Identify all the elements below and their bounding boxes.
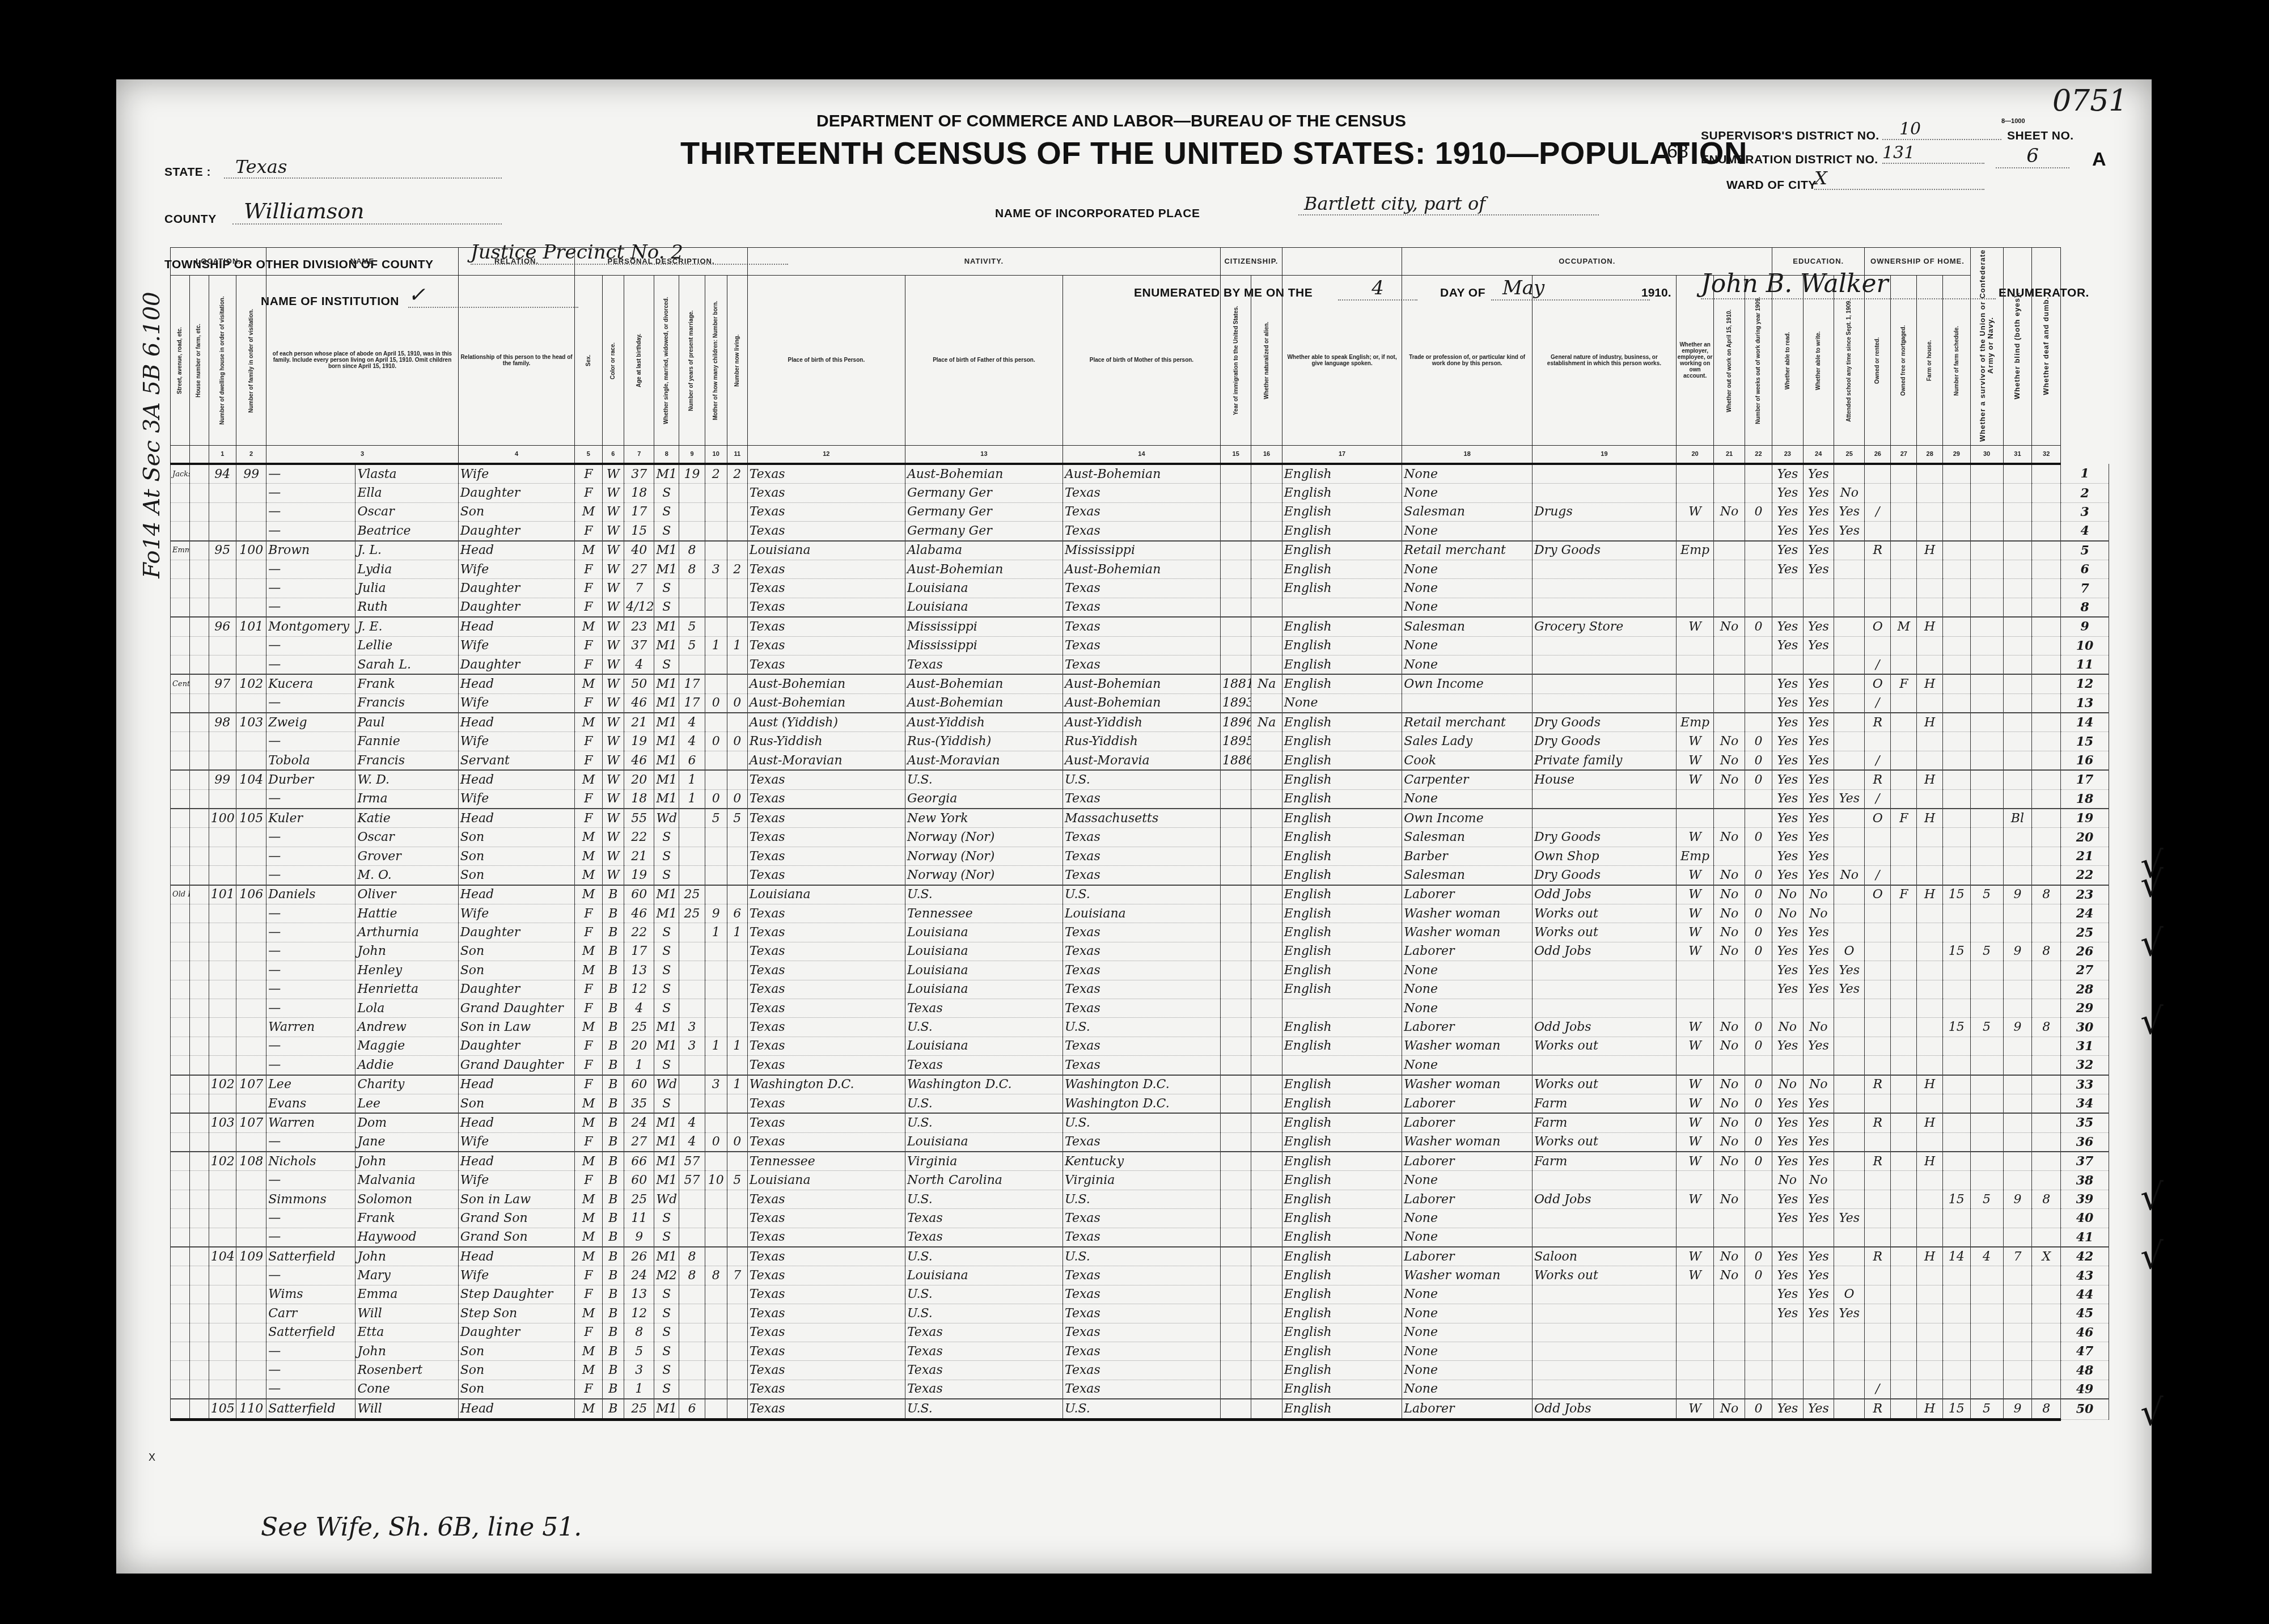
cell-dwelling xyxy=(209,1018,236,1037)
cell-race: W xyxy=(602,674,624,693)
cell-read xyxy=(1772,598,1803,617)
cell-given: Julia xyxy=(355,579,458,598)
cell-age: 9 xyxy=(624,1228,654,1247)
cell-nat xyxy=(1251,1285,1282,1304)
cell-relation: Head xyxy=(458,770,575,789)
cell-street xyxy=(171,904,190,923)
cell-dwelling xyxy=(209,1361,236,1380)
cell-farm xyxy=(1917,1380,1943,1399)
cell-weeks xyxy=(1745,464,1772,484)
cell-own: R xyxy=(1865,541,1891,560)
cell-vet xyxy=(1970,560,2003,578)
cell-pob: Texas xyxy=(747,1399,905,1419)
cell-years-married xyxy=(679,942,705,961)
cell-mother-pob: Texas xyxy=(1062,1342,1220,1360)
cell-street2 xyxy=(189,1037,209,1055)
cell-blind xyxy=(2003,961,2032,980)
cell-blind xyxy=(2003,770,2032,789)
cell-street2 xyxy=(189,1190,209,1208)
cell-street2 xyxy=(189,1094,209,1113)
cell-trade: Laborer xyxy=(1402,1094,1533,1113)
cell-surname: Evans xyxy=(266,1094,355,1113)
cell-nat xyxy=(1251,751,1282,770)
cell-english xyxy=(1282,598,1402,617)
cell-read: Yes xyxy=(1772,809,1803,828)
cell-sex: M xyxy=(575,541,602,560)
cell-surname: — xyxy=(266,598,355,617)
cell-read: Yes xyxy=(1772,541,1803,560)
line-number: 17 xyxy=(2061,770,2109,789)
cell-family xyxy=(236,732,266,751)
cell-deaf xyxy=(2032,923,2061,942)
table-row: Jackson9499—VlastaWifeFW37M11922TexasAus… xyxy=(171,464,2109,484)
cell-read: No xyxy=(1772,1171,1803,1190)
cell-street xyxy=(171,999,190,1017)
cell-write xyxy=(1803,655,1834,674)
cell-immig: 1886 xyxy=(1221,751,1251,770)
cell-farm xyxy=(1917,1132,1943,1152)
cell-family: 107 xyxy=(236,1113,266,1132)
cell-street2 xyxy=(189,655,209,674)
enumeration-district-value: 131 xyxy=(1882,143,1984,164)
line-number: 38 xyxy=(2061,1171,2109,1190)
cell-family xyxy=(236,655,266,674)
cell-school xyxy=(1834,828,1864,847)
cell-father-pob: Norway (Nor) xyxy=(905,866,1062,885)
cell-race: B xyxy=(602,904,624,923)
cell-sex: M xyxy=(575,1228,602,1247)
header-c29: Number of farm schedule. xyxy=(1943,276,1970,446)
cell-vet xyxy=(1970,1209,2003,1228)
cell-family xyxy=(236,502,266,521)
cell-oow xyxy=(1714,1304,1745,1323)
cell-write xyxy=(1803,1056,1834,1075)
table-row: CarrWillStep SonMB12STexasU.S.TexasEngli… xyxy=(171,1304,2109,1323)
cell-oow xyxy=(1714,541,1745,560)
cell-industry xyxy=(1533,961,1677,980)
cell-nat xyxy=(1251,828,1282,847)
cell-given: Lola xyxy=(355,999,458,1017)
cell-dwelling xyxy=(209,1228,236,1247)
cell-mort xyxy=(1891,1171,1917,1190)
cell-sched xyxy=(1943,1380,1970,1399)
cell-farm xyxy=(1917,1209,1943,1228)
cell-industry: Dry Goods xyxy=(1533,866,1677,885)
cell-given: Arthurnia xyxy=(355,923,458,942)
cell-trade: Carpenter xyxy=(1402,770,1533,789)
header-c19: General nature of industry, business, or… xyxy=(1533,276,1677,446)
cell-living: 1 xyxy=(727,636,747,655)
cell-own: / xyxy=(1865,789,1891,809)
cell-sex: M xyxy=(575,1094,602,1113)
cell-street2 xyxy=(189,522,209,541)
cell-read: Yes xyxy=(1772,923,1803,942)
cell-sex: M xyxy=(575,942,602,961)
cell-years-married xyxy=(679,1342,705,1360)
cell-living xyxy=(727,942,747,961)
cell-mother-pob: Washington D.C. xyxy=(1062,1075,1220,1094)
cell-write: Yes xyxy=(1803,770,1834,789)
line-number: 18 xyxy=(2061,789,2109,809)
cell-blind: 7 xyxy=(2003,1247,2032,1266)
cell-sched xyxy=(1943,560,1970,578)
cell-mother-pob: Texas xyxy=(1062,1285,1220,1304)
cell-nat xyxy=(1251,866,1282,885)
cell-family: 104 xyxy=(236,770,266,789)
cell-race: B xyxy=(602,942,624,961)
cell-immig: 1881 xyxy=(1221,674,1251,693)
cell-pob: Texas xyxy=(747,502,905,521)
cell-surname: — xyxy=(266,655,355,674)
cell-race: W xyxy=(602,751,624,770)
cell-immig xyxy=(1221,464,1251,484)
cell-nat xyxy=(1251,1018,1282,1037)
cell-weeks: 0 xyxy=(1745,770,1772,789)
cell-industry: Farm xyxy=(1533,1094,1677,1113)
cell-born: 0 xyxy=(705,789,727,809)
cell-sched xyxy=(1943,866,1970,885)
cell-mother-pob: Texas xyxy=(1062,579,1220,598)
cell-mort xyxy=(1891,789,1917,809)
cell-write: Yes xyxy=(1803,847,1834,865)
cell-relation: Head xyxy=(458,1152,575,1171)
cell-trade: None xyxy=(1402,1228,1533,1247)
cell-street xyxy=(171,1323,190,1342)
cell-own: / xyxy=(1865,502,1891,521)
cell-living xyxy=(727,1304,747,1323)
cell-vet xyxy=(1970,579,2003,598)
cell-farm xyxy=(1917,693,1943,713)
cell-born xyxy=(705,1056,727,1075)
cell-read: Yes xyxy=(1772,751,1803,770)
cell-race: W xyxy=(602,560,624,578)
cell-write: Yes xyxy=(1803,1247,1834,1266)
cell-marital: M1 xyxy=(654,885,679,904)
cell-deaf xyxy=(2032,1132,2061,1152)
cell-weeks xyxy=(1745,999,1772,1017)
cell-emp xyxy=(1676,636,1713,655)
cell-sex: F xyxy=(575,579,602,598)
cell-read xyxy=(1772,579,1803,598)
cell-marital: S xyxy=(654,942,679,961)
cell-years-married xyxy=(679,1304,705,1323)
cell-pob: Texas xyxy=(747,847,905,865)
cell-oow xyxy=(1714,961,1745,980)
cell-oow xyxy=(1714,484,1745,502)
cell-mort: F xyxy=(1891,885,1917,904)
cell-sched xyxy=(1943,1094,1970,1113)
line50-marker: X xyxy=(149,1452,155,1464)
cell-trade: None xyxy=(1402,789,1533,809)
cell-born: 1 xyxy=(705,1037,727,1055)
cell-deaf xyxy=(2032,1285,2061,1304)
cell-weeks xyxy=(1745,598,1772,617)
cell-street xyxy=(171,1075,190,1094)
cell-deaf: 8 xyxy=(2032,1190,2061,1208)
cell-born xyxy=(705,751,727,770)
cell-father-pob: Texas xyxy=(905,999,1062,1017)
cell-years-married: 57 xyxy=(679,1171,705,1190)
cell-pob: Aust-Bohemian xyxy=(747,693,905,713)
cell-pob: Texas xyxy=(747,904,905,923)
cell-trade: Salesman xyxy=(1402,828,1533,847)
cell-industry: Dry Goods xyxy=(1533,828,1677,847)
cell-school xyxy=(1834,1132,1864,1152)
cell-dwelling xyxy=(209,1094,236,1113)
cell-vet xyxy=(1970,770,2003,789)
cell-family: 109 xyxy=(236,1247,266,1266)
cell-mother-pob: Texas xyxy=(1062,655,1220,674)
cell-street2 xyxy=(189,1380,209,1399)
cell-write: Yes xyxy=(1803,751,1834,770)
cell-farm xyxy=(1917,999,1943,1017)
cell-relation: Son in Law xyxy=(458,1190,575,1208)
cell-pob: Texas xyxy=(747,1228,905,1247)
cell-blind xyxy=(2003,751,2032,770)
cell-marital: S xyxy=(654,1342,679,1360)
cell-marital: Wd xyxy=(654,809,679,828)
cell-immig xyxy=(1221,1266,1251,1285)
cell-industry xyxy=(1533,522,1677,541)
header-c12: Place of birth of this Person. xyxy=(747,276,905,446)
table-row: —FrankGrand SonMB11STexasTexasTexasEngli… xyxy=(171,1209,2109,1228)
cell-emp: W xyxy=(1676,770,1713,789)
cell-sex: F xyxy=(575,522,602,541)
cell-industry xyxy=(1533,1380,1677,1399)
cell-immig xyxy=(1221,636,1251,655)
cell-emp: W xyxy=(1676,1399,1713,1419)
cell-read: Yes xyxy=(1772,636,1803,655)
cell-pob: Washington D.C. xyxy=(747,1075,905,1094)
cell-mort xyxy=(1891,1094,1917,1113)
cell-years-married: 19 xyxy=(679,464,705,484)
cell-sex: F xyxy=(575,732,602,751)
cell-living xyxy=(727,655,747,674)
cell-dwelling xyxy=(209,560,236,578)
cell-street: Emma xyxy=(171,541,190,560)
cell-street2 xyxy=(189,1304,209,1323)
cell-blind xyxy=(2003,560,2032,578)
cell-born xyxy=(705,770,727,789)
cell-given: Henrietta xyxy=(355,980,458,999)
cell-write: Yes xyxy=(1803,636,1834,655)
cell-deaf xyxy=(2032,751,2061,770)
cell-own: / xyxy=(1865,655,1891,674)
cell-race: B xyxy=(602,1094,624,1113)
cell-industry xyxy=(1533,1342,1677,1360)
table-row: —MaryWifeFB24M2887TexasLouisianaTexasEng… xyxy=(171,1266,2109,1285)
group-location: LOCATION. xyxy=(171,248,266,276)
cell-given: Maggie xyxy=(355,1037,458,1055)
cell-relation: Son xyxy=(458,1094,575,1113)
cell-marital: M1 xyxy=(654,789,679,809)
cell-surname: — xyxy=(266,961,355,980)
cell-sex: F xyxy=(575,789,602,809)
cell-living xyxy=(727,1152,747,1171)
cell-father-pob: Louisiana xyxy=(905,1037,1062,1055)
cell-sex: F xyxy=(575,655,602,674)
cell-family xyxy=(236,1323,266,1342)
cell-oow: No xyxy=(1714,866,1745,885)
cell-weeks: 0 xyxy=(1745,1094,1772,1113)
cell-family xyxy=(236,1056,266,1075)
cell-mother-pob: Texas xyxy=(1062,1037,1220,1055)
cell-industry: Private family xyxy=(1533,751,1677,770)
cell-trade: Laborer xyxy=(1402,1152,1533,1171)
cell-industry xyxy=(1533,1209,1677,1228)
cell-school: Yes xyxy=(1834,1304,1864,1323)
cell-marital: S xyxy=(654,1094,679,1113)
cell-family xyxy=(236,1094,266,1113)
incorporated-place-value: Bartlett city, part of xyxy=(1298,193,1599,215)
cell-farm: H xyxy=(1917,713,1943,732)
cell-oow xyxy=(1714,713,1745,732)
cell-years-married xyxy=(679,999,705,1017)
header-c9: Number of years of present marriage. xyxy=(679,276,705,446)
cell-nat xyxy=(1251,1399,1282,1419)
cell-family xyxy=(236,522,266,541)
line-number: 1 xyxy=(2061,464,2109,484)
cell-born xyxy=(705,1113,727,1132)
cell-deaf xyxy=(2032,770,2061,789)
cell-school: Yes xyxy=(1834,502,1864,521)
cell-surname: — xyxy=(266,636,355,655)
cell-own: R xyxy=(1865,770,1891,789)
cell-vet xyxy=(1970,541,2003,560)
table-row: —FrancisWifeFW46M11700Aust-BohemianAust-… xyxy=(171,693,2109,713)
cell-farm xyxy=(1917,847,1943,865)
cell-blind xyxy=(2003,1132,2032,1152)
footer-note: See Wife, Sh. 6B, line 51. xyxy=(261,1513,582,1542)
cell-sex: F xyxy=(575,980,602,999)
cell-nat xyxy=(1251,789,1282,809)
cell-mother-pob: Texas xyxy=(1062,598,1220,617)
cell-age: 37 xyxy=(624,464,654,484)
cell-trade: None xyxy=(1402,579,1533,598)
cell-emp xyxy=(1676,464,1713,484)
cell-vet xyxy=(1970,923,2003,942)
cell-street xyxy=(171,866,190,885)
cell-mort xyxy=(1891,1190,1917,1208)
cell-surname: Wims xyxy=(266,1285,355,1304)
cell-mort xyxy=(1891,560,1917,578)
cell-read: Yes xyxy=(1772,847,1803,865)
cell-blind xyxy=(2003,598,2032,617)
cell-dwelling: 95 xyxy=(209,541,236,560)
cell-school xyxy=(1834,674,1864,693)
cell-pob: Texas xyxy=(747,655,905,674)
cell-emp xyxy=(1676,1304,1713,1323)
cell-mort xyxy=(1891,1323,1917,1342)
cell-write: Yes xyxy=(1803,674,1834,693)
cell-english: English xyxy=(1282,1247,1402,1266)
cell-street2 xyxy=(189,1228,209,1247)
cell-father-pob: Louisiana xyxy=(905,1266,1062,1285)
cell-marital: S xyxy=(654,866,679,885)
cell-emp: W xyxy=(1676,1113,1713,1132)
cell-blind: 9 xyxy=(2003,885,2032,904)
cell-street2 xyxy=(189,980,209,999)
cell-age: 1 xyxy=(624,1056,654,1075)
header-c32: Whether deaf and dumb. xyxy=(2032,248,2061,446)
cell-mort xyxy=(1891,1266,1917,1285)
cell-blind xyxy=(2003,1075,2032,1094)
cell-emp: W xyxy=(1676,1247,1713,1266)
cell-sex: M xyxy=(575,502,602,521)
line-number: 16 xyxy=(2061,751,2109,770)
cell-age: 4 xyxy=(624,999,654,1017)
cell-street xyxy=(171,1228,190,1247)
cell-street xyxy=(171,636,190,655)
cell-pob: Texas xyxy=(747,522,905,541)
cell-trade: None xyxy=(1402,1171,1533,1190)
cell-vet xyxy=(1970,1037,2003,1055)
cell-own: / xyxy=(1865,693,1891,713)
cell-vet xyxy=(1970,1056,2003,1075)
cell-vet xyxy=(1970,1132,2003,1152)
cell-blind xyxy=(2003,1152,2032,1171)
line-number: 35 xyxy=(2061,1113,2109,1132)
cell-vet xyxy=(1970,980,2003,999)
cell-dwelling: 102 xyxy=(209,1152,236,1171)
cell-own xyxy=(1865,980,1891,999)
cell-trade: None xyxy=(1402,464,1533,484)
cell-oow: No xyxy=(1714,1399,1745,1419)
cell-sex: F xyxy=(575,751,602,770)
cell-race: B xyxy=(602,1323,624,1342)
cell-age: 19 xyxy=(624,732,654,751)
cell-own xyxy=(1865,1190,1891,1208)
cell-read: Yes xyxy=(1772,961,1803,980)
cell-marital: S xyxy=(654,980,679,999)
cell-surname: — xyxy=(266,866,355,885)
cell-school xyxy=(1834,1266,1864,1285)
cell-street xyxy=(171,1152,190,1171)
line-number: 43 xyxy=(2061,1266,2109,1285)
cell-born xyxy=(705,847,727,865)
cell-write: Yes xyxy=(1803,1190,1834,1208)
cell-farm xyxy=(1917,1342,1943,1360)
cell-farm: H xyxy=(1917,541,1943,560)
cell-mort xyxy=(1891,828,1917,847)
cell-street xyxy=(171,1304,190,1323)
cell-sex: M xyxy=(575,674,602,693)
cell-deaf xyxy=(2032,1152,2061,1171)
cell-street2 xyxy=(189,999,209,1017)
line-number: 41 xyxy=(2061,1228,2109,1247)
cell-street2 xyxy=(189,1018,209,1037)
cell-sex: F xyxy=(575,1323,602,1342)
header-c15: Year of immigration to the United States… xyxy=(1221,276,1251,446)
cell-race: B xyxy=(602,1113,624,1132)
cell-emp xyxy=(1676,1209,1713,1228)
cell-oow xyxy=(1714,522,1745,541)
cell-industry: House xyxy=(1533,770,1677,789)
cell-read: Yes xyxy=(1772,1152,1803,1171)
cell-years-married xyxy=(679,809,705,828)
cell-own: O xyxy=(1865,809,1891,828)
cell-age: 23 xyxy=(624,617,654,636)
cell-oow xyxy=(1714,598,1745,617)
cell-race: B xyxy=(602,1037,624,1055)
cell-weeks xyxy=(1745,1228,1772,1247)
cell-street xyxy=(171,1380,190,1399)
cell-nat xyxy=(1251,1113,1282,1132)
cell-vet xyxy=(1970,636,2003,655)
cell-born xyxy=(705,1228,727,1247)
cell-sex: F xyxy=(575,1285,602,1304)
cell-sched xyxy=(1943,770,1970,789)
